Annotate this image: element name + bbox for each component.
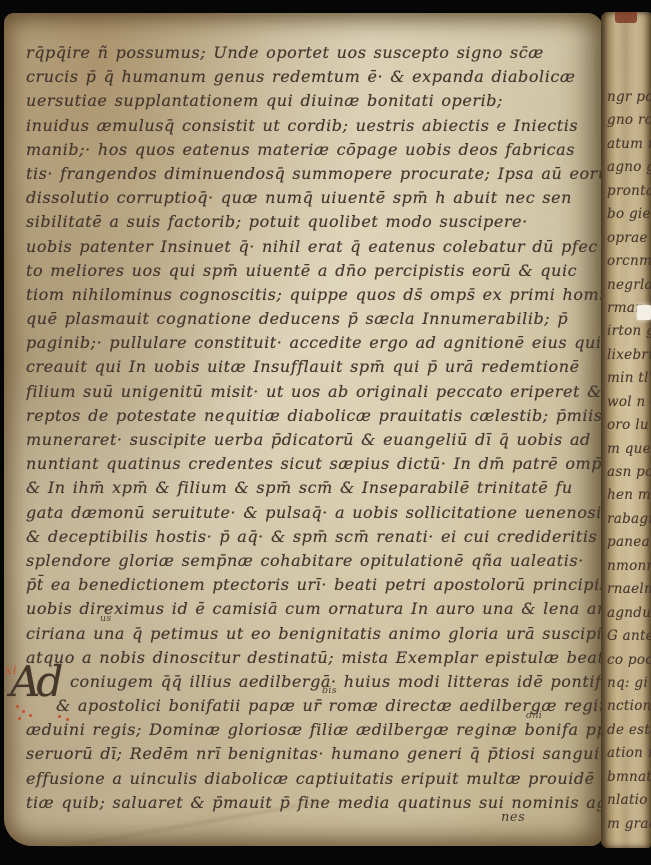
line-text: & deceptibilis hostis· p̄ aq̄· & spm̄ sc… (26, 525, 604, 549)
interlinear-gloss: dñi (526, 710, 542, 721)
text-line: ≀muneraret· suscipite uerba p̄dicatorū &… (26, 428, 604, 452)
edge-highlight-notch (637, 305, 651, 320)
line-text: gata dæmonū seruitute· & pulsaq̄· a uobi… (26, 501, 602, 525)
fore-edge-fragment: agndun (607, 602, 651, 625)
text-line: to meliores uos qui spm̄ uiuentē a dn̄o … (26, 259, 604, 283)
line-text: manib;· hos quos eatenus materiæ cōpage … (26, 138, 575, 162)
text-line: manib;· hos quos eatenus materiæ cōpage … (26, 138, 604, 162)
text-line: & deceptibilis hostis· p̄ aq̄· & spm̄ sc… (26, 525, 604, 549)
text-line: seruorū dī; Redēm nrī benignitas· humano… (26, 742, 604, 766)
line-text: effusione a uinculis diabolicæ captiuita… (26, 767, 595, 791)
text-line: ≀creauit qui In uobis uitæ Insufflauit s… (26, 355, 604, 379)
fore-edge-fragment: panea: ut (607, 531, 651, 554)
text-line: quē plasmauit cognatione deducens p̄ sæc… (26, 307, 604, 331)
fore-edge-fragment: rnaeln (607, 578, 651, 601)
fore-edge-fragment: nmonra (607, 555, 651, 578)
interlinear-gloss: us (100, 613, 112, 624)
fore-edge-fragment: nq: gi (607, 672, 651, 695)
manuscript-photo: ≀rq̄pq̄ire ñ possumus; Unde oportet uos… (0, 0, 651, 865)
text-line: ≀rq̄pq̄ire ñ possumus; Unde oportet uos… (26, 41, 604, 65)
text-line: ≀p̄t̄ ea benedictionem ptectoris urī· be… (26, 573, 604, 597)
line-text: sibilitatē a suis factorib; potuit quoli… (26, 210, 528, 234)
line-text: reptos de potestate nequitiæ diabolicæ p… (26, 404, 603, 428)
line-text: æduini regis; Dominæ gloriosæ filiæ ædil… (26, 718, 604, 742)
fore-edge-fragment: irton ge (607, 320, 651, 343)
fore-edge-fragment: agno gs (607, 156, 651, 179)
line-text: to meliores uos qui spm̄ uiuentē a dn̄o … (26, 259, 577, 283)
text-line: & apostolici bonifatii papæ ur̄ romæ dir… (26, 694, 604, 718)
line-text: muneraret· suscipite uerba p̄dicatorū & … (26, 428, 591, 452)
text-line: ≀uersutiae supplantationem qui diuinæ bo… (26, 89, 604, 113)
line-text: creauit qui In uobis uitæ Insufflauit sp… (26, 355, 580, 379)
text-block: ≀rq̄pq̄ire ñ possumus; Unde oportet uos… (26, 41, 604, 833)
text-line: ≀sibilitatē a suis factorib; potuit quol… (26, 210, 604, 234)
line-text: inuidus æmulusq̄ consistit ut cordib; ue… (26, 114, 578, 138)
line-text: atquo a nobis dinoscitur destinatū; mist… (26, 646, 604, 670)
line-text: crucis p̄ q̄ humanum genus redemtum ē· &… (26, 65, 575, 89)
fore-edge-fragment: oro lu (607, 414, 651, 437)
line-text: splendore gloriæ semp̄næ cohabitare opit… (26, 549, 584, 573)
next-folio-fore-edge: ngr porgno rcoatum magno gsprontallbo gi… (601, 12, 651, 848)
fore-edge-fragment: rabagni (607, 508, 651, 531)
line-text: tiom nihilominus cognoscitis; quippe quo… (26, 283, 604, 307)
fore-edge-text-fragments: ngr porgno rcoatum magno gsprontallbo gi… (607, 86, 651, 836)
initial-red-dot-decoration (16, 705, 19, 708)
line-text: ciriana una q̄ petimus ut eo benignitati… (26, 622, 602, 646)
text-line: ≀ciriana una q̄ petimus ut eo benignitat… (26, 622, 604, 646)
fore-edge-fragment: oprae ua (607, 227, 651, 250)
text-line: paginib;· pullulare constituit· accedite… (26, 331, 604, 355)
text-line: ≀effusione a uinculis diabolicæ captiuit… (26, 767, 604, 791)
fore-edge-fragment: wol n cos (607, 391, 651, 414)
text-line: uobis direximus id ē camisiā cum ornatur… (26, 597, 604, 621)
fore-edge-fragment: bmnat (607, 766, 651, 789)
line-text: uersutiae supplantationem qui diuinæ bon… (26, 89, 503, 113)
line-text: uobis patenter Insinuet q̄· nihil erat q… (26, 235, 598, 259)
text-line: ≀gata dæmonū seruitute· & pulsaq̄· a uob… (26, 501, 604, 525)
red-edge-tab (615, 12, 637, 23)
text-line: crucis p̄ q̄ humanum genus redemtum ē· &… (26, 65, 604, 89)
fore-edge-fragment: m gracti (607, 813, 651, 836)
text-line: inuidus æmulusq̄ consistit ut cordib; ue… (26, 114, 604, 138)
interlinear-gloss: bis (322, 685, 337, 696)
text-line: splendore gloriæ semp̄næ cohabitare opit… (26, 549, 604, 573)
line-text: seruorū dī; Redēm nrī benignitas· humano… (26, 742, 604, 766)
fore-edge-fragment: orcnmur (607, 250, 651, 273)
line-text: rq̄pq̄ire ñ possumus; Unde oportet uos … (26, 41, 544, 65)
line-text: dissolutio corruptioq̄· quæ numq̄ uiuent… (26, 186, 572, 210)
text-line: æduini regis; Dominæ gloriosæ filiæ ædil… (26, 718, 604, 742)
fore-edge-fragment: ation ro (607, 742, 651, 765)
text-line: ≀tis· frangendos diminuendosq̄ summopere… (26, 162, 604, 186)
parchment-fold-shadow (44, 801, 344, 847)
line-text: uobis direximus id ē camisiā cum ornatur… (26, 597, 604, 621)
text-line: ≀tiom nihilominus cognoscitis; quippe qu… (26, 283, 604, 307)
fore-edge-fragment: atum m (607, 133, 651, 156)
fore-edge-fragment: nctioni (607, 695, 651, 718)
manuscript-page: ≀rq̄pq̄ire ñ possumus; Unde oportet uos… (4, 13, 603, 846)
fore-edge-fragment: hen mod (607, 484, 651, 507)
line-text: tis· frangendos diminuendosq̄ summopere … (26, 162, 604, 186)
fore-edge-fragment: co pocie (607, 649, 651, 672)
text-line: atquo a nobis dinoscitur destinatū; mist… (26, 646, 604, 670)
text-line: dissolutio corruptioq̄· quæ numq̄ uiuent… (26, 186, 604, 210)
fore-edge-fragment: bo gie ga (607, 203, 651, 226)
text-line: uobis patenter Insinuet q̄· nihil erat q… (26, 235, 604, 259)
fore-edge-fragment: negrlaud (607, 274, 651, 297)
fore-edge-fragment: de estal (607, 719, 651, 742)
text-line: & In ihm̄ xpm̄ & filium & spm̄ scm̄ & In… (26, 476, 604, 500)
line-text: p̄t̄ ea benedictionem ptectoris urī· bea… (26, 573, 604, 597)
fore-edge-fragment: asn poi (607, 461, 651, 484)
fore-edge-fragment: G ante (607, 625, 651, 648)
catchword: nes (501, 810, 525, 825)
line-text: quē plasmauit cognatione deducens p̄ sæc… (26, 307, 568, 331)
text-line: reptos de potestate nequitiæ diabolicæ p… (26, 404, 604, 428)
text-line: nuntiant quatinus credentes sicut sæpius… (26, 452, 604, 476)
fore-edge-fragment: m que eatt (607, 438, 651, 461)
text-line: coniugem q̄q̄ illius aedilbergā· huius m… (26, 670, 604, 694)
fore-edge-fragment: gno rco (607, 109, 651, 132)
fore-edge-fragment: lixebrr (607, 344, 651, 367)
line-text: filium suū unigenitū misit· ut uos ab or… (26, 380, 604, 404)
fore-edge-fragment: prontall (607, 180, 651, 203)
line-text: & In ihm̄ xpm̄ & filium & spm̄ scm̄ & In… (26, 476, 573, 500)
line-text: paginib;· pullulare constituit· accedite… (26, 331, 604, 355)
fore-edge-fragment: nlatio ce (607, 789, 651, 812)
line-text: & apostolici bonifatii papæ ur̄ romæ dir… (56, 694, 604, 718)
line-text: coniugem q̄q̄ illius aedilbergā· huius m… (70, 670, 604, 694)
fore-edge-fragment: ngr por (607, 86, 651, 109)
text-line: filium suū unigenitū misit· ut uos ab or… (26, 380, 604, 404)
line-text: nuntiant quatinus credentes sicut sæpius… (26, 452, 602, 476)
decorated-initial: Ad (10, 661, 59, 703)
fore-edge-fragment: min tl'at (607, 367, 651, 390)
